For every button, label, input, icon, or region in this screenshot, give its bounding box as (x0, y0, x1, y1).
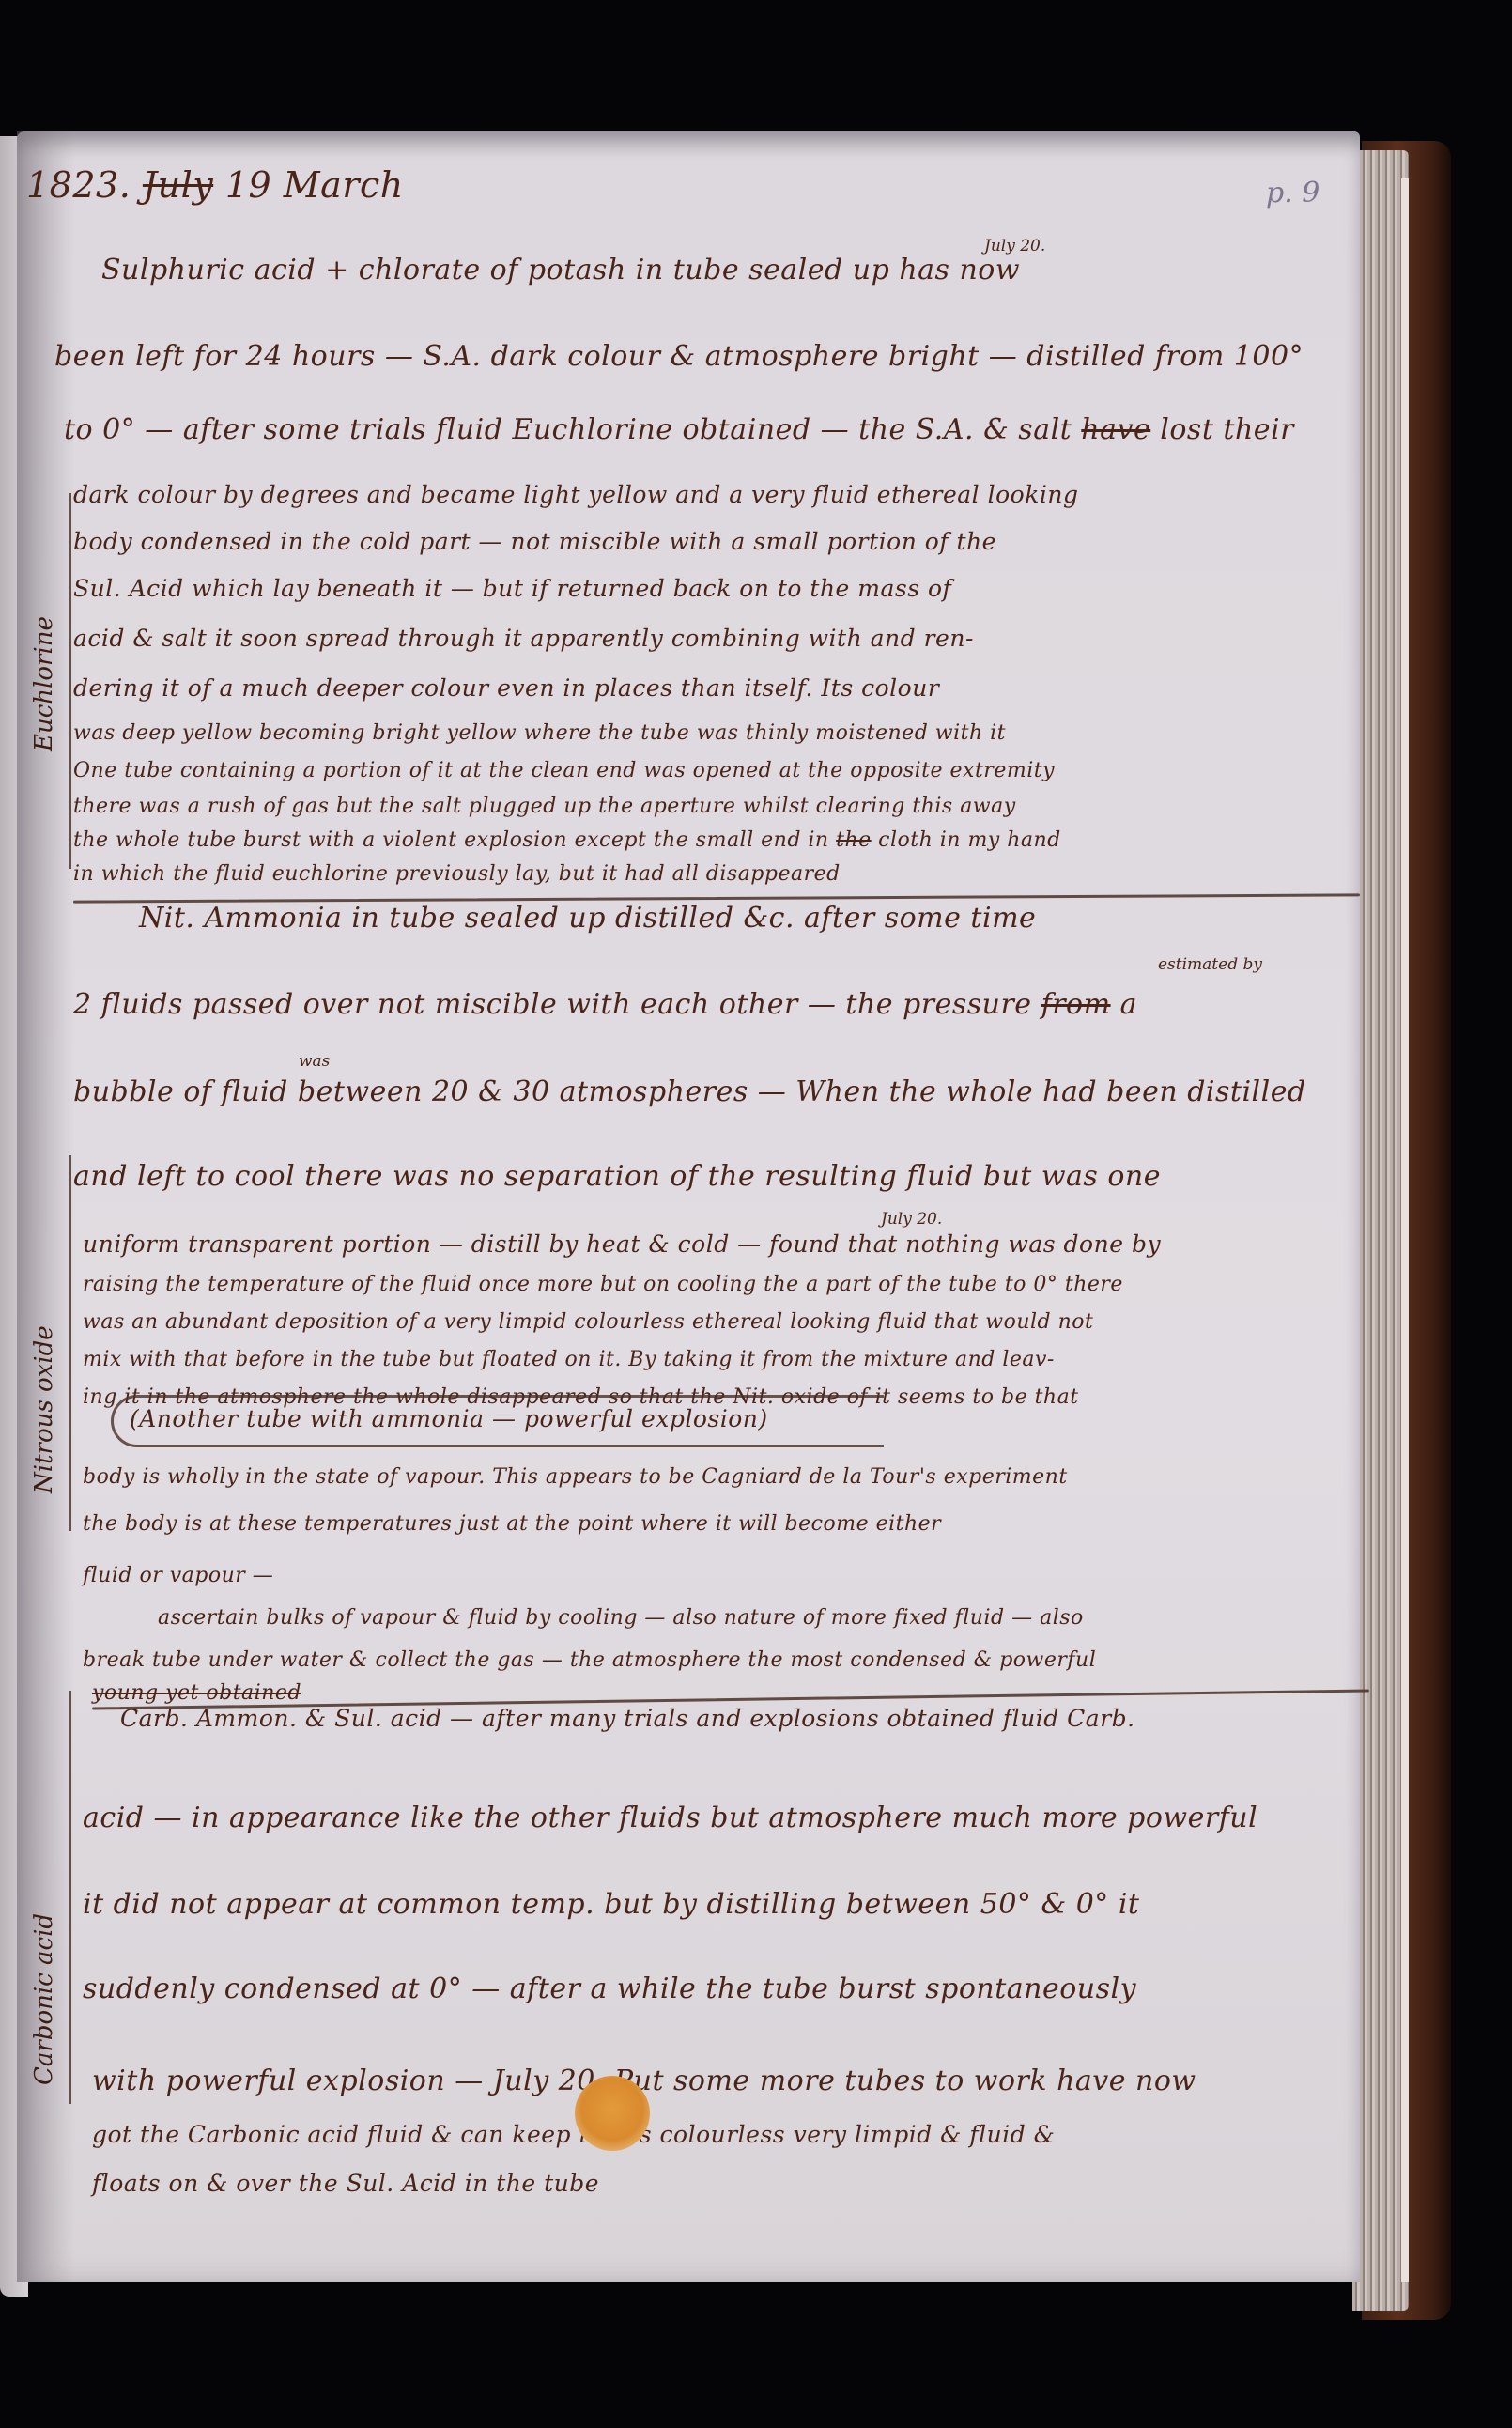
page-number: p. 9 (1266, 177, 1319, 209)
text-line: there was a rush of gas but the salt plu… (73, 795, 1016, 818)
page-stack (1352, 150, 1409, 2311)
margin-rule-euchlorine (69, 493, 71, 869)
text-line: ascertain bulks of vapour & fluid by coo… (158, 1606, 1084, 1630)
date-year: 1823. (26, 164, 131, 206)
text-line: was deep yellow becoming bright yellow w… (73, 721, 1006, 745)
date-heading: 1823. July 19 March (26, 164, 404, 206)
text-line: the whole tube burst with a violent expl… (73, 828, 1061, 852)
margin-rule-nitrous (69, 1155, 71, 1531)
text-line: break tube under water & collect the gas… (83, 1648, 1096, 1672)
text-line: Nit. Ammonia in tube sealed up distilled… (139, 902, 1036, 935)
text-line: uniform transparent portion — distill by… (83, 1230, 1161, 1258)
text-line: been left for 24 hours — S.A. dark colou… (54, 340, 1304, 373)
text-line: it did not appear at common temp. but by… (83, 1888, 1139, 1921)
margin-rule-carbonic (69, 1691, 71, 2104)
margin-note-carbonic-acid: Carbonic acid (30, 1841, 68, 2085)
text-line: Sulphuric acid + chlorate of potash in t… (101, 254, 1020, 286)
text-line: the body is at these temperatures just a… (83, 1512, 941, 1536)
text-line: Sul. Acid which lay beneath it — but if … (73, 575, 951, 602)
text-line: was an abundant deposition of a very lim… (83, 1310, 1093, 1334)
interlinear-insertion: estimated by (1158, 955, 1262, 974)
orange-seal-stamp (575, 2076, 650, 2151)
text-line: in which the fluid euchlorine previously… (73, 862, 841, 886)
text-line: raising the temperature of the fluid onc… (83, 1273, 1123, 1296)
interlinear-insertion: July 20. (984, 237, 1045, 255)
margin-note-nitrous-oxide: Nitrous oxide (30, 1230, 68, 1493)
text-line: to 0° — after some trials fluid Euchlori… (64, 413, 1294, 446)
date-struck-month: July (143, 164, 213, 206)
text-line: mix with that before in the tube but flo… (83, 1348, 1055, 1371)
text-line: Carb. Ammon. & Sul. acid — after many tr… (120, 1705, 1135, 1732)
text-line: 2 fluids passed over not miscible with e… (73, 988, 1137, 1021)
text-line: got the Carbonic acid fluid & can keep i… (92, 2121, 1055, 2148)
text-line: acid & salt it soon spread through it ap… (73, 625, 974, 652)
text-line: body is wholly in the state of vapour. T… (83, 1465, 1068, 1489)
text-line: dark colour by degrees and became light … (73, 481, 1078, 508)
text-line-bracketed: (Another tube with ammonia — powerful ex… (130, 1405, 768, 1432)
text-line: acid — in appearance like the other flui… (83, 1802, 1257, 1834)
page-stack-edge (1401, 178, 1409, 2282)
text-line: body condensed in the cold part — not mi… (73, 528, 996, 555)
margin-note-euchlorine: Euchlorine (30, 507, 68, 751)
text-line: floats on & over the Sul. Acid in the tu… (92, 2170, 599, 2197)
text-line: One tube containing a portion of it at t… (73, 759, 1055, 782)
text-line: suddenly condensed at 0° — after a while… (83, 1972, 1136, 2005)
date-day: 19 (225, 164, 271, 206)
text-line: and left to cool there was no separation… (73, 1160, 1161, 1193)
text-line: bubble of fluid between 20 & 30 atmosphe… (73, 1075, 1306, 1108)
interlinear-insertion: was (299, 1052, 330, 1071)
notebook-page: Euchlorine Nitrous oxide Carbonic acid p… (17, 131, 1360, 2282)
date-month: March (284, 164, 404, 206)
text-line: fluid or vapour — (83, 1564, 273, 1587)
text-line: dering it of a much deeper colour even i… (73, 674, 939, 702)
text-line-struck: young yet obtained (92, 1681, 301, 1705)
interlinear-insertion: July 20. (881, 1210, 942, 1229)
